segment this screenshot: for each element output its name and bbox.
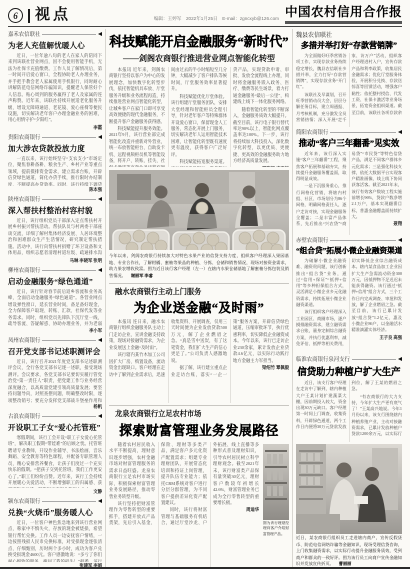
right-photo-illustration: [296, 444, 402, 534]
story-a-body: 本报讯 连日来，融水农商银行组织金融服务队主动上门走访企业，宣讲金融支持政策，现…: [109, 319, 289, 403]
brief-byline: 李小军: [8, 328, 102, 334]
right-article-headline: 信贷助力种植户扩大生产: [296, 364, 402, 378]
main-photo-caption: 今年以来，剑阁农商银行持续加大对特色水果产业的信贷支持力度，组织客户经理深入果园…: [109, 253, 289, 279]
right-kicker-row: 简阳农商银行: [296, 128, 402, 136]
right-article-body: 为全面做好旺季营销各项工作，实现存款业务持续稳定增长，魏县农信联社多措并举，全力…: [296, 53, 402, 127]
brief-kicker-row: 柳州农商银行: [8, 266, 102, 274]
main-headline: 科技赋能开启金融服务“新时代”: [109, 31, 289, 50]
story-b-body: 随着农村居民收入水平不断提高，理财意识逐步增强，农村金融市场对财富管理服务的需求…: [109, 442, 259, 569]
brief-byline: 文静: [8, 489, 102, 495]
brief-title: 召开党支部书记述职测评会: [8, 346, 102, 357]
brief-byline: 杨帆: [8, 404, 102, 410]
right-article: 临淮农商银行泉河支行 信贷助力种植户扩大生产 近日，该支行客户经理在走访中了解到…: [296, 354, 402, 442]
newspaper-page: 6 视点 编辑：王婷军 2022年1月25日 E-mail：zgncxyb@12…: [0, 0, 410, 569]
brief-body: 近日，该行组织党员干部深入定点帮扶村开展乡村振兴帮扶活动。帮扶队员与村两委干部座…: [8, 218, 102, 257]
paragraph: 随着智能化转型的不断深入，金融服务质效大幅提升。截至目前，该行电子银行替代率达9…: [233, 107, 289, 165]
right-article-kicker: 临淮农商银行泉河支行: [296, 355, 350, 363]
right-article-kicker: 赤壁农商银行: [296, 236, 328, 244]
kicker-line: [42, 340, 96, 341]
paragraph: 随着农村居民收入水平不断提高，理财意识逐步增强，农村金融市场对财富管理服务的需求…: [109, 442, 155, 500]
brief-kicker-row: 古浪农商银行: [8, 412, 102, 420]
brief-kicker: 古浪农商银行: [8, 412, 40, 420]
kicker-line: [42, 270, 96, 271]
brief-item: 古浪农商银行 开设职工子女“爱心托管班” 寒假期间，该行工会开设“职工子女爱心托…: [8, 411, 102, 495]
brief-item: 嘉禾农信联社 为老人充值解忧暖人心 近日，一位年逾八旬的老人在家人的陪同下来到该…: [8, 29, 102, 131]
paragraph: 本报讯 连日来，融水农商银行组织金融服务队主动上门走访企业，宣讲金融支持政策，现…: [109, 319, 165, 351]
story-b-photo-block: 图为该行理财经理向客户介绍财富管理产品。: [263, 444, 289, 541]
kicker-arrow-icon: [398, 238, 402, 242]
kicker-arrow-icon: [98, 414, 102, 418]
kicker-line: [42, 34, 96, 35]
section-divider: [28, 9, 30, 23]
brief-title: 为老人充值解忧暖人心: [8, 40, 102, 51]
brief-kicker-row: 颍东农商银行: [8, 497, 102, 505]
brief-title: 开设职工子女“爱心托管班”: [8, 422, 102, 433]
brief-kicker: 贵阳农商银行: [8, 133, 40, 141]
brief-kicker: 凤州农商银行: [8, 336, 40, 344]
brief-title: 启动金融服务“绿色通道”: [8, 276, 102, 287]
brief-item: 凤州农商银行 召开党支部书记述职测评会 近日，该行召开2021年度党支部书记述职…: [8, 335, 102, 410]
kicker-arrow-icon: [398, 130, 402, 134]
brief-kicker-row: 贵阳农商银行: [8, 133, 102, 141]
brief-body: 一直以来，该行始终坚守“支农支小”市场定位，聚焦春耕备耕、粮食生产、乡村产业等重…: [8, 156, 102, 186]
kicker-line: [42, 416, 96, 417]
kicker-arrow-icon: [398, 357, 402, 361]
story-a-headline: 为企业送金融“及时雨”: [109, 298, 289, 316]
story-b: 龙泉农商银行立足农村市场 探索财富管理业务发展路径 随着农村居民收入水平不断提高…: [109, 405, 289, 569]
kicker-arrow-icon: [98, 32, 102, 36]
brief-item: 贵阳农商银行 加大涉农贷款投放力度 一直以来，该行始终坚守“支农支小”市场定位，…: [8, 132, 102, 193]
story-b-photo: [263, 444, 289, 520]
kicker-line: [42, 501, 96, 502]
right-rail: 魏县农信联社 多措并举打好“存款营销牌” 为全面做好旺季营销各项工作，实现存款业…: [296, 29, 402, 569]
brief-kicker-row: 陕州农商银行: [8, 195, 102, 203]
brief-byline: 陈本强: [8, 187, 102, 193]
brief-body: 近日，该行针对春节前后返乡客流和业务高峰，全面启动金融服务“绿色通道”。各营业网…: [8, 289, 102, 327]
story-b-photo-caption: 图为该行理财经理向客户介绍财富管理产品。: [263, 521, 289, 537]
brief-item: 陕州农商银行 深入帮扶村整治村容村貌 近日，该行组织党员干部深入定点帮扶村开展乡…: [8, 194, 102, 264]
section-mark: 6 视点: [8, 3, 71, 24]
brief-byline: 张建军 李娟: [8, 563, 102, 569]
right-article-headline: 推动“客户三年翻番”见实效: [296, 137, 402, 149]
article-byline: 王子良 高强: [352, 335, 403, 341]
main-subhead: ——剑阁农商银行推进营业网点智能化转型: [109, 53, 289, 64]
story-b-wrap: 随着农村居民收入水平不断提高，理财意识逐步增强，农村金融市场对财富管理服务的需求…: [109, 442, 289, 569]
main-photo: [109, 170, 289, 250]
dateline: 编辑：王婷军 2022年1月25日 E-mail：zgncxyb@126.com: [71, 16, 285, 24]
story-b-headline: 探索财富管理业务发展路径: [109, 420, 289, 439]
brief-byline: 马琳 李晓军 张明: [8, 258, 102, 264]
kicker-arrow-icon: [98, 499, 102, 503]
story-a-kicker: 融水农商银行主动上门服务: [115, 287, 289, 297]
left-rail: 嘉禾农信联社 为老人充值解忧暖人心 近日，一位年逾八旬的老人在家人的陪同下来到该…: [8, 29, 102, 569]
right-photo: [296, 444, 402, 534]
brief-kicker-row: 嘉禾农信联社: [8, 30, 102, 38]
brief-body: 寒假期间，该行工会开设“职工子女爱心托管班”，解决职工假期“带娃难”的后顾之忧。…: [8, 435, 102, 488]
article-byline: 聂翔: [352, 221, 403, 227]
right-kicker-row: 临淮农商银行泉河支行: [296, 355, 402, 363]
right-article: 魏县农信联社 多措并举打好“存款营销牌” 为全面做好旺季营销各项工作，实现存款业…: [296, 29, 402, 127]
brief-title: 深入帮扶村整治村容村貌: [8, 205, 102, 216]
kicker-arrow-icon: [98, 197, 102, 201]
paragraph: 为全面做好旺季营销各项工作，实现存款业务持续稳定增长，魏县农信联社多措并举，全力…: [296, 53, 347, 91]
kicker-line: [330, 240, 396, 241]
right-photo-caption: 近日，某农商银行组织员工走进辖内商户，宣传反假货币、防范电信网络诈骗等金融知识，…: [296, 535, 402, 568]
page-header: 6 视点 编辑：王婷军 2022年1月25日 E-mail：zgncxyb@12…: [0, 0, 410, 24]
brief-body: 近日，该行召开2021年度党支部书记述职测评会议，全行各党支部书记逐一述职，接受…: [8, 359, 102, 403]
kicker-line: [42, 199, 96, 200]
brief-byline: 李霞: [8, 125, 102, 131]
kicker-line: [330, 132, 396, 133]
right-article-kicker: 魏县农信联社: [296, 30, 402, 39]
brief-kicker: 颍东农商银行: [8, 497, 40, 505]
brief-body: 近日，一位年逾八旬的老人在家人的陪同下来到该联社营业网点，因不会使用智能手机，无…: [8, 53, 102, 124]
right-kicker-row: 赤壁农商银行: [296, 236, 402, 244]
masthead: 中国农村信用合作报: [285, 2, 402, 24]
article-byline: 周迪华: [213, 507, 259, 513]
article-byline: 罗晓红 李玉松: [233, 166, 289, 167]
right-article-body: 近日，该支行客户经理在走访中了解到，辖内种植大户王某计划扩建蔬菜大棚，因前期投入…: [296, 380, 402, 442]
center-column: 科技赋能开启金融服务“新时代” ——剑阁农商银行推进营业网点智能化转型 本报讯 …: [109, 29, 289, 569]
caption-byline: 谢丽军 李睿: [131, 273, 153, 278]
paragraph: 本报讯 近年来，剑阁农商银行坚持以客户为中心的发展理念，加快数字化转型步伐，依托…: [109, 67, 165, 125]
brief-item: 柳州农商银行 启动金融服务“绿色通道” 近日，该行针对春节前后返乡客流和业务高峰…: [8, 265, 102, 334]
kicker-arrow-icon: [98, 268, 102, 272]
kicker-line: [42, 137, 96, 138]
section-title: 视点: [35, 3, 71, 24]
main-article-body: 本报讯 近年来，剑阁农商银行坚持以客户为中心的发展理念，加快数字化转型步伐，依托…: [109, 67, 289, 167]
kicker-arrow-icon: [98, 135, 102, 139]
right-article-headline: “组合贷”拓展小微企业融资渠道: [296, 245, 402, 256]
brief-kicker: 嘉禾农信联社: [8, 30, 40, 38]
brief-body: 近日，一位客户神色焦急地来到该行营业网点，称家中不慎失火，存放的现金被烧损，希望…: [8, 520, 102, 562]
column-divider: [105, 29, 106, 569]
kicker-line: [352, 359, 396, 360]
article-byline: 梁绍竹 覃佩毅: [233, 365, 289, 371]
page-number-badge: 6: [8, 8, 23, 23]
column-divider: [292, 29, 293, 569]
brief-kicker: 柳州农商银行: [8, 266, 40, 274]
brief-title: 兑换“火烧币”服务暖人心: [8, 507, 102, 518]
caption-byline: 曹丽丽: [339, 561, 352, 566]
right-article-body: 近年来，该行深入实施“客户三年翻番”工程，聚焦客户拓展和基础夯实，持续提升金融服…: [296, 151, 402, 235]
story-a: 融水农商银行主动上门服务 为企业送金融“及时雨” 本报讯 连日来，融水农商银行组…: [109, 283, 289, 403]
right-article-body: 为破解小微企业融资难、融资贵问题，该行创新推出“组合贷”业务，通过“信用+保证”…: [296, 258, 402, 354]
paragraph: 为破解小微企业融资难、融资贵问题，该行创新推出“组合贷”业务，通过“信用+保证”…: [296, 258, 347, 308]
brief-kicker-row: 凤州农商银行: [8, 336, 102, 344]
brief-item: 颍东农商银行 兑换“火烧币”服务暖人心 近日，一位客户神色焦急地来到该行营业网点…: [8, 496, 102, 569]
right-article-kicker: 简阳农商银行: [296, 128, 328, 136]
right-article: 简阳农商银行 推动“客户三年翻番”见实效 近年来，该行深入实施“客户三年翻番”工…: [296, 127, 402, 235]
right-article-headline: 多措并举打好“存款营销牌”: [296, 40, 402, 51]
story-b-kicker: 龙泉农商银行立足农村市场: [115, 409, 289, 419]
brief-title: 加大涉农贷款投放力度: [8, 143, 102, 154]
paragraph: 近年来，该行深入实施“客户三年翻番”工程，聚焦客户拓展和基础夯实，持续提升金融服…: [296, 151, 347, 182]
shelf-photo-illustration: [263, 444, 289, 520]
kicker-arrow-icon: [98, 338, 102, 342]
main-photo-illustration: [109, 170, 289, 250]
paragraph: 科技赋能优化厅堂体验。该行组建厅堂服务团队，安排大堂经理和智能柜员全程引导，针对…: [171, 94, 227, 158]
page-content: 嘉禾农信联社 为老人充值解忧暖人心 近日，一位年逾八旬的老人在家人的陪同下来到该…: [0, 27, 410, 569]
brief-kicker: 陕州农商银行: [8, 195, 40, 203]
right-article: 赤壁农商银行 “组合贷”拓展小微企业融资渠道 为破解小微企业融资难、融资贵问题，…: [296, 235, 402, 354]
